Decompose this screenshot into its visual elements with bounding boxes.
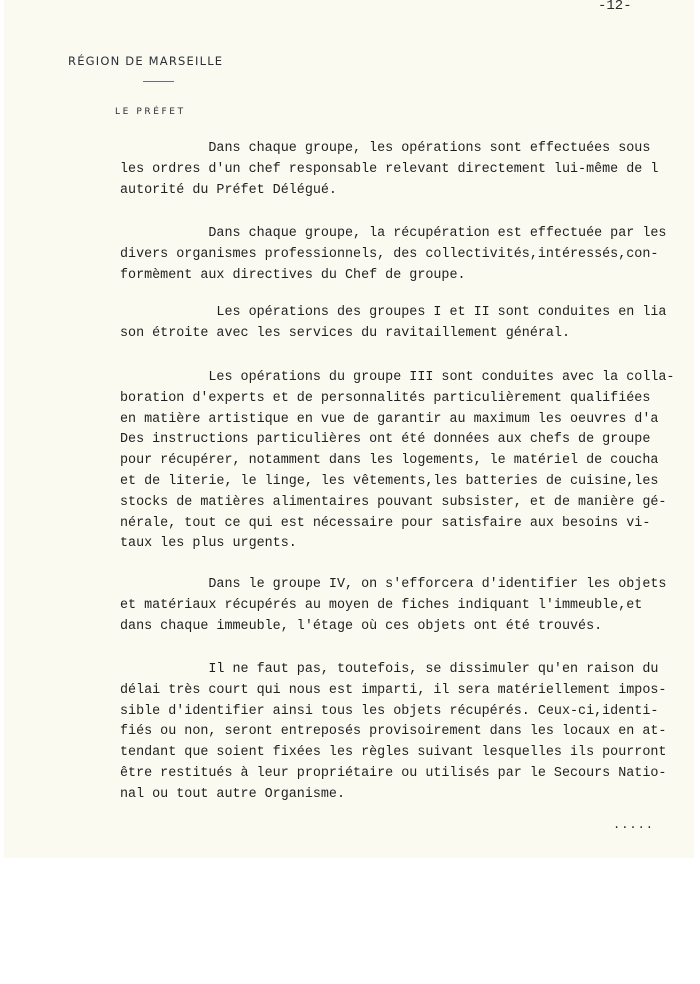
text-line: Les opérations du groupe III sont condui… <box>120 370 674 386</box>
letterhead-region: RÉGION DE MARSEILLE <box>68 54 223 68</box>
text-line: formèment aux directives du Chef de grou… <box>120 268 466 284</box>
letterhead-divider <box>143 81 174 82</box>
text-line: sible d'identifier ainsi tous les objets… <box>120 704 658 720</box>
text-line: son étroite avec les services du ravitai… <box>120 326 570 342</box>
text-line: nérale, tout ce qui est nécessaire pour … <box>120 516 650 532</box>
text-line: les ordres d'un chef responsable relevan… <box>120 162 658 178</box>
text-line: taux les plus urgents. <box>120 536 297 552</box>
text-line: divers organismes professionnels, des co… <box>120 247 658 263</box>
text-line: et matériaux récupérés au moyen de fiche… <box>120 598 642 614</box>
text-line: pour récupérer, notamment dans les logem… <box>120 453 658 469</box>
text-line: délai très court qui nous est imparti, i… <box>120 683 666 699</box>
document-page: -12- RÉGION DE MARSEILLE LE PRÉFET Dans … <box>4 0 694 858</box>
text-line: tendant que soient fixées les règles sui… <box>120 745 666 761</box>
continuation-mark: ..... <box>613 818 654 832</box>
text-line: Les opérations des groupes I et II sont … <box>120 305 666 321</box>
text-line: Dans le groupe IV, on s'efforcera d'iden… <box>120 577 666 593</box>
text-line: nal ou tout autre Organisme. <box>120 787 345 803</box>
letterhead-office: LE PRÉFET <box>115 107 186 117</box>
text-line: et de literie, le linge, les vêtements,l… <box>120 474 658 490</box>
text-line: en matière artistique en vue de garantir… <box>120 412 658 428</box>
text-line: fiés ou non, seront entreposés provisoir… <box>120 724 666 740</box>
text-line: être restitués à leur propriétaire ou ut… <box>120 766 666 782</box>
text-line: Il ne faut pas, toutefois, se dissimuler… <box>120 662 658 678</box>
text-line: Des instructions particulières ont été d… <box>120 432 650 448</box>
text-line: autorité du Préfet Délégué. <box>120 183 337 199</box>
text-line: Dans chaque groupe, la récupération est … <box>120 226 666 242</box>
text-line: stocks de matières alimentaires pouvant … <box>120 495 666 511</box>
page-number: -12- <box>598 0 632 14</box>
text-line: dans chaque immeuble, l'étage où ces obj… <box>120 619 602 635</box>
text-line: Dans chaque groupe, les opérations sont … <box>120 141 650 157</box>
text-line: boration d'experts et de personnalités p… <box>120 391 650 407</box>
